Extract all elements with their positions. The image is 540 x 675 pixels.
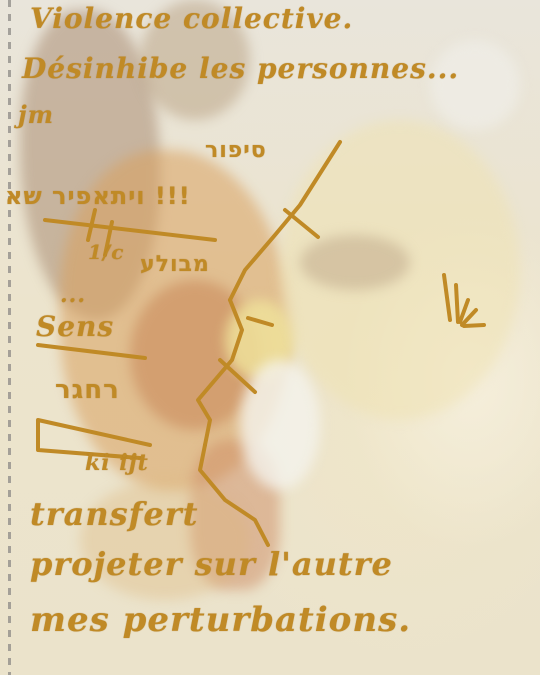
bottom-mark: ki ijt [85, 450, 149, 476]
handwritten-word-sens: Sens [36, 310, 114, 343]
ray-stroke-1 [285, 210, 318, 237]
nose-stroke [220, 360, 255, 392]
fan-mark-1 [444, 275, 450, 320]
underline-hebrew [45, 220, 215, 240]
ellipsis-dots: ... [60, 282, 86, 308]
handwritten-line-perturbations: mes perturbations. [30, 600, 411, 640]
profile-forehead-line [230, 142, 340, 300]
hebrew-word-2: !!! ויתאפיר שא [5, 182, 191, 210]
handwritten-line-violence: Violence collective. [30, 2, 353, 35]
fan-mark-2 [456, 285, 458, 322]
handwritten-line-projeter: projeter sur l'autre [30, 545, 393, 583]
sens-underline [38, 345, 145, 358]
hebrew-word-3: מבולע [140, 252, 210, 277]
profile-chin-neck-line [200, 445, 268, 545]
handwritten-line-transfert: transfert [30, 495, 198, 533]
fraction-mark: 1/c [88, 240, 124, 264]
hebrew-word-1: סיפור [205, 138, 267, 163]
fan-mark-5 [464, 325, 484, 326]
eye-stroke [248, 318, 272, 325]
sketchbook-page: Violence collective. Désinhibe les perso… [0, 0, 540, 675]
hebrew-word-4: רחגר [55, 375, 120, 405]
handwritten-line-desinhibe: Désinhibe les personnes... [22, 52, 459, 85]
handwritten-line-jm: jm [18, 100, 54, 129]
